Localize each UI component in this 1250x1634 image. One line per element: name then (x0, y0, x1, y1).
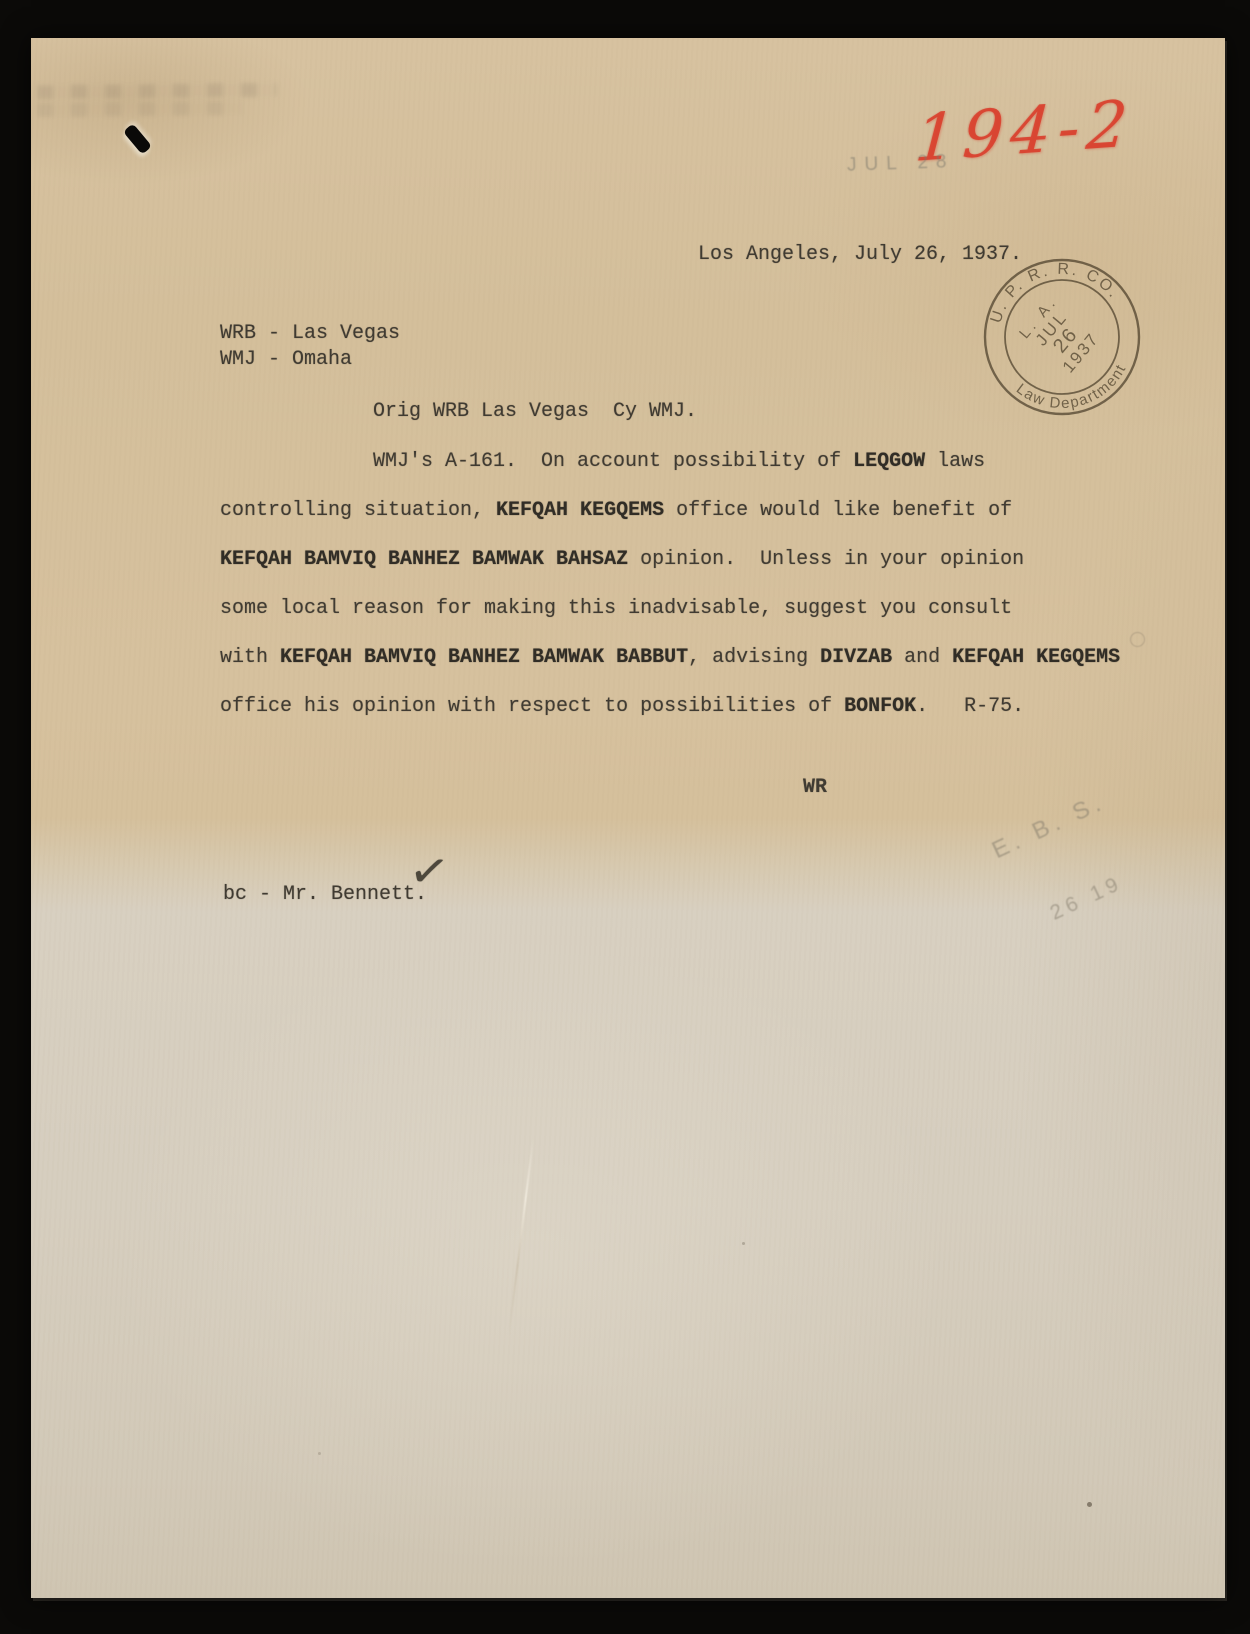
body-line: with KEFQAH BAMVIQ BANHEZ BAMWAK BABBUT,… (220, 646, 1120, 695)
code-word: KEFQAH KEGQEMS (496, 499, 664, 522)
body-text-segment: office would like benefit of (664, 499, 1012, 522)
scanned-document-background: { "annotations": { "red_number": "194-2"… (0, 0, 1250, 1634)
body-text-segment: controlling situation, (220, 499, 496, 522)
body-text-segment: , advising (688, 646, 820, 669)
recipient-list: WRB - Las Vegas WMJ - Omaha (220, 322, 400, 374)
body-line: office his opinion with respect to possi… (220, 695, 1120, 744)
bc-line: bc - Mr. Bennett. (223, 883, 427, 907)
body-text: WMJ's A-161. On account possibility of L… (220, 450, 1120, 744)
faint-stamp-line: E. B. S. (988, 788, 1109, 864)
body-text-segment: . R-75. (916, 695, 1024, 718)
code-word: KEFQAH BAMVIQ BANHEZ BAMWAK BABBUT (280, 646, 688, 669)
orig-copy-line: Orig WRB Las Vegas Cy WMJ. (373, 400, 697, 424)
body-text-segment: office his opinion with respect to possi… (220, 695, 844, 718)
paper-speck (1087, 1502, 1092, 1507)
body-text-segment: opinion. Unless in your opinion (628, 548, 1024, 571)
code-word: LEQGOW (853, 450, 925, 473)
paper-crease (508, 1139, 534, 1336)
stamp-center-date: L. A. JUL 26 1937 (1016, 293, 1104, 378)
code-word: BONFOK (844, 695, 916, 718)
pencil-date-note: JUL 28 (847, 151, 955, 177)
code-word: KEFQAH BAMVIQ BANHEZ BAMWAK BAHSAZ (220, 548, 628, 571)
body-text-segment: some local reason for making this inadvi… (220, 597, 1012, 620)
faint-stamp-line: 26 19 (1022, 862, 1143, 938)
faint-mark (1130, 632, 1145, 647)
paper-speck (318, 1452, 321, 1455)
body-text-segment: laws (925, 450, 985, 473)
handwritten-checkmark: ✓ (405, 841, 453, 900)
punch-hole (123, 123, 152, 154)
ink-bleed-through (37, 101, 242, 117)
body-line: controlling situation, KEFQAH KEGQEMS of… (220, 499, 1120, 548)
faint-received-stamp: E. B. S. 26 19 (965, 739, 1166, 986)
body-line: WMJ's A-161. On account possibility of L… (220, 450, 1120, 499)
body-text-segment: with (220, 646, 280, 669)
recipient-line: WMJ - Omaha (220, 348, 400, 374)
recipient-line: WRB - Las Vegas (220, 322, 400, 348)
code-word: DIVZAB (820, 646, 892, 669)
body-text-segment: WMJ's A-161. On account possibility of (373, 450, 853, 473)
ink-bleed-through (37, 83, 277, 100)
body-text-segment: and (892, 646, 952, 669)
code-word: KEFQAH KEGQEMS (952, 646, 1120, 669)
signature-initials: WR (803, 776, 827, 800)
body-line: KEFQAH BAMVIQ BANHEZ BAMWAK BAHSAZ opini… (220, 548, 1120, 597)
body-line: some local reason for making this inadvi… (220, 597, 1120, 646)
document-page: 194-2 JUL 28 Los Angeles, July 26, 1937.… (31, 38, 1225, 1598)
paper-speck (742, 1242, 745, 1245)
law-department-stamp: U. P. R. R. CO. Law Department L. A. JUL… (937, 212, 1186, 461)
